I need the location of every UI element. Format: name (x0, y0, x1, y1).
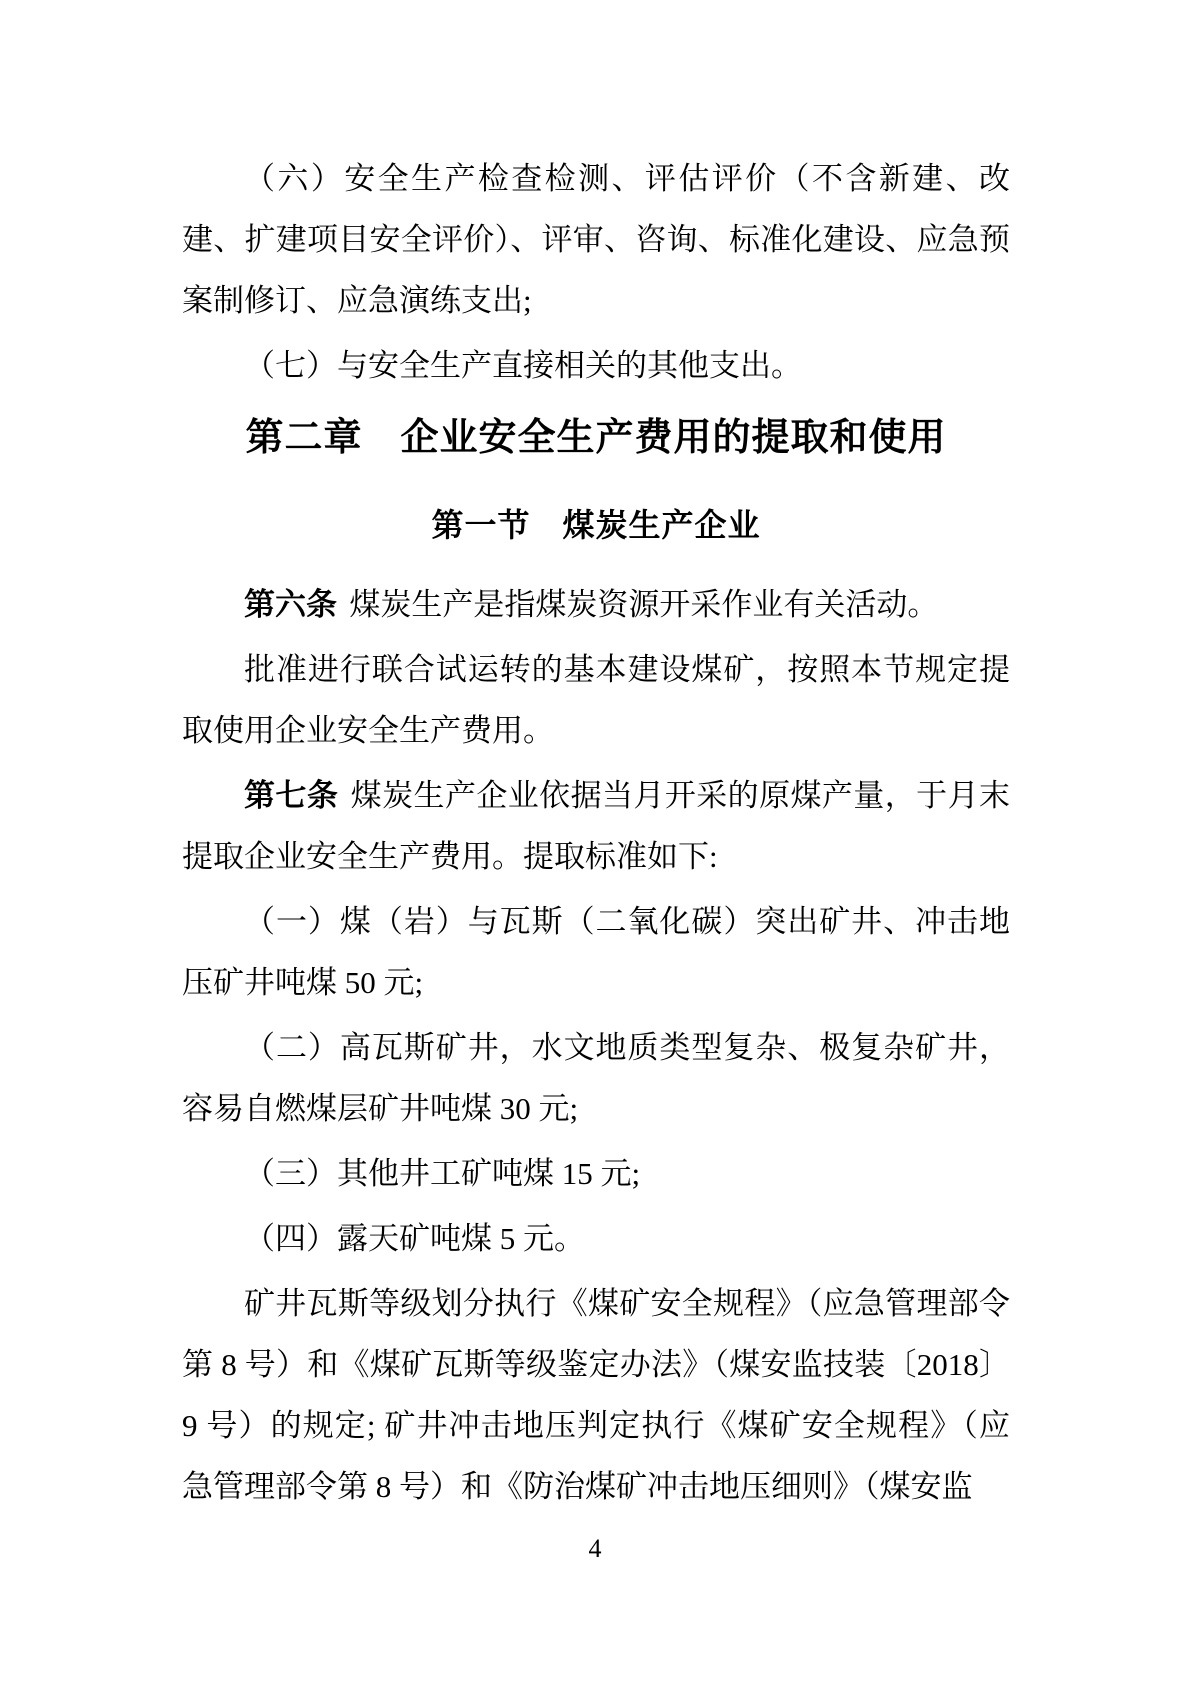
trial-run-paragraph: 批准进行联合试运转的基本建设煤矿，按照本节规定提取使用企业安全生产费用。 (182, 639, 1010, 761)
document-page: （六）安全生产检查检测、评估评价（不含新建、改建、扩建项目安全评价）、评审、咨询… (0, 0, 1190, 1683)
article-7-paragraph: 第七条煤炭生产企业依据当月开采的原煤产量，于月末提取企业安全生产费用。提取标准如… (182, 765, 1010, 887)
gas-classification-paragraph: 矿井瓦斯等级划分执行《煤矿安全规程》（应急管理部令第 8 号）和《煤矿瓦斯等级鉴… (182, 1273, 1010, 1517)
expense-item-6-paragraph: （六）安全生产检查检测、评估评价（不含新建、改建、扩建项目安全评价）、评审、咨询… (182, 148, 1010, 331)
standard-item-2-paragraph: （二）高瓦斯矿井，水文地质类型复杂、极复杂矿井，容易自燃煤层矿井吨煤 30 元; (182, 1017, 1010, 1139)
chapter-heading: 第二章企业安全生产费用的提取和使用 (182, 408, 1010, 469)
section-number: 第一节 (431, 507, 530, 543)
expense-item-7-paragraph: （七）与安全生产直接相关的其他支出。 (182, 335, 1010, 396)
article-6-paragraph: 第六条煤炭生产是指煤炭资源开采作业有关活动。 (182, 574, 1010, 635)
document-body: （六）安全生产检查检测、评估评价（不含新建、改建、扩建项目安全评价）、评审、咨询… (0, 0, 1190, 1683)
standard-item-1-paragraph: （一）煤（岩）与瓦斯（二氧化碳）突出矿井、冲击地压矿井吨煤 50 元; (182, 891, 1010, 1013)
section-title: 煤炭生产企业 (563, 507, 761, 543)
standard-item-3-paragraph: （三）其他井工矿吨煤 15 元; (182, 1143, 1010, 1204)
chapter-number: 第二章 (245, 417, 362, 459)
page-footer: 4 (0, 1534, 1190, 1564)
chapter-title: 企业安全生产费用的提取和使用 (401, 417, 947, 459)
article-6-label: 第六条 (244, 587, 337, 622)
standard-item-4-paragraph: （四）露天矿吨煤 5 元。 (182, 1208, 1010, 1269)
article-6-text: 煤炭生产是指煤炭资源开采作业有关活动。 (349, 587, 938, 622)
section-heading: 第一节煤炭生产企业 (182, 495, 1010, 556)
article-7-label: 第七条 (244, 778, 338, 813)
page-number: 4 (589, 1534, 602, 1563)
